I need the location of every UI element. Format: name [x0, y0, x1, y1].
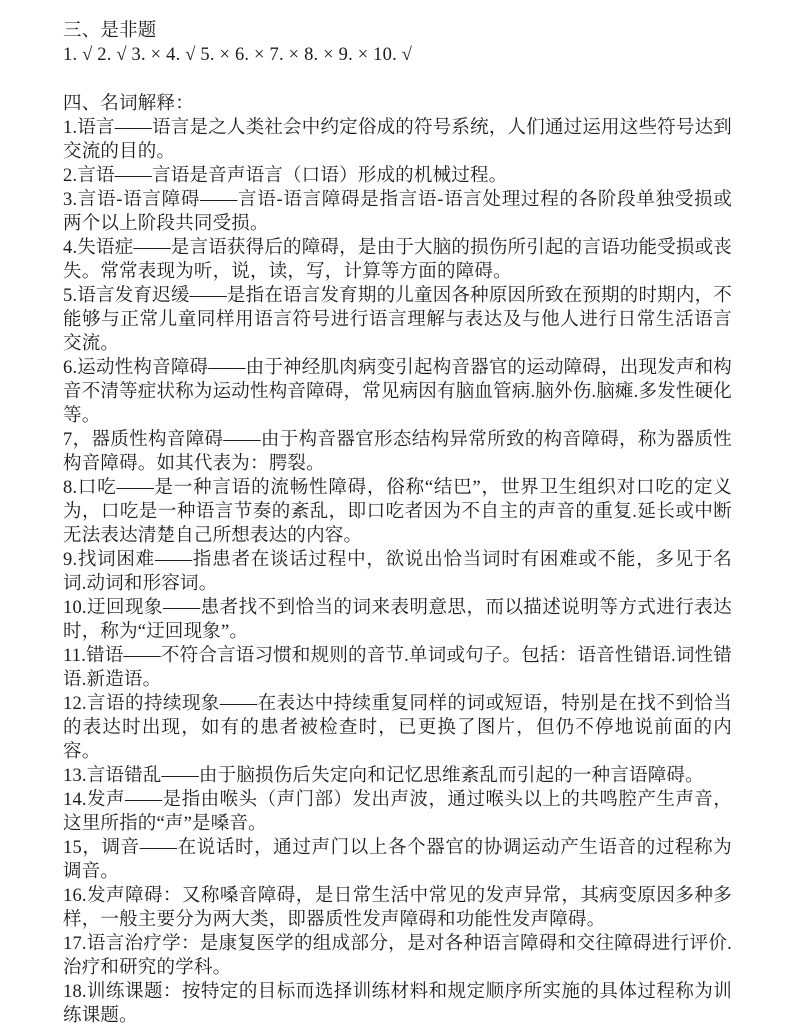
definition-item-14: 14.发声——是指由喉头（声门部）发出声波，通过喉头以上的共鸣腔产生声音，这里所… [63, 788, 732, 836]
true-false-answers: 1. √ 2. √ 3. × 4. √ 5. × 6. × 7. × 8. × … [63, 43, 732, 67]
definition-item-18: 18.训练课题：按特定的目标而选择训练材料和规定顺序所实施的具体过程称为训练课题… [63, 980, 732, 1023]
definition-item-6: 6.运动性构音障碍——由于神经肌肉病变引起构音器官的运动障碍，出现发声和构音不清… [63, 356, 732, 428]
definition-item-16: 16.发声障碍：又称嗓音障碍，是日常生活中常见的发声异常，其病变原因多种多样，一… [63, 884, 732, 932]
definition-item-4: 4.失语症——是言语获得后的障碍，是由于大脑的损伤所引起的言语功能受损或丧失。常… [63, 236, 732, 284]
true-false-section-heading: 三、是非题 [63, 19, 732, 43]
definition-item-17: 17.语言治疗学：是康复医学的组成部分，是对各种语言障碍和交往障碍进行评价.治疗… [63, 932, 732, 980]
definition-item-1: 1.语言——语言是之人类社会中约定俗成的符号系统，人们通过运用这些符号达到交流的… [63, 116, 732, 164]
definition-item-12: 12.言语的持续现象——在表达中持续重复同样的词或短语，特别是在找不到恰当的表达… [63, 692, 732, 764]
definition-item-10: 10.迂回现象——患者找不到恰当的词来表明意思，而以描述说明等方式进行表达时，称… [63, 596, 732, 644]
definition-item-5: 5.语言发育迟缓——是指在语言发育期的儿童因各种原因所致在预期的时期内，不能够与… [63, 284, 732, 356]
definition-item-13: 13.言语错乱——由于脑损伤后失定向和记忆思维紊乱而引起的一种言语障碍。 [63, 764, 732, 788]
definition-item-15: 15，调音——在说话时，通过声门以上各个器官的协调运动产生语音的过程称为调音。 [63, 836, 732, 884]
definition-item-2: 2.言语——言语是音声语言（口语）形成的机械过程。 [63, 164, 732, 188]
definition-item-11: 11.错语——不符合言语习惯和规则的音节.单词或句子。包括：语音性错语.词性错语… [63, 644, 732, 692]
definition-item-3: 3.言语-语言障碍——言语-语言障碍是指言语-语言处理过程的各阶段单独受损或两个… [63, 188, 732, 236]
definition-item-8: 8.口吃——是一种言语的流畅性障碍，俗称“结巴”，世界卫生组织对口吃的定义为，口… [63, 476, 732, 548]
definitions-section-heading: 四、名词解释： [63, 92, 732, 116]
definition-item-7: 7，器质性构音障碍——由于构音器官形态结构异常所致的构音障碍，称为器质性构音障碍… [63, 428, 732, 476]
document-page: 三、是非题 1. √ 2. √ 3. × 4. √ 5. × 6. × 7. ×… [0, 0, 792, 1023]
definition-item-9: 9.找词困难——指患者在谈话过程中，欲说出恰当词时有困难或不能，多见于名词.动词… [63, 548, 732, 596]
